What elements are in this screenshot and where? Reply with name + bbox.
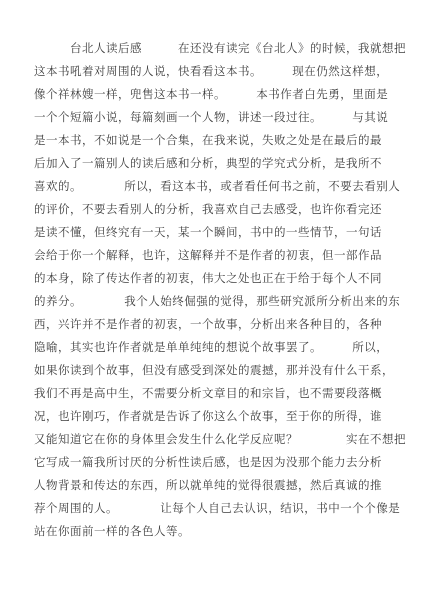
text-line: 像个祥林嫂一样，兜售这本书一样。 本书作者白先勇，里面是 xyxy=(34,84,394,107)
text-line: 况，也许刚巧，作者就是告诉了你这么个故事，至于你的所得，谁 xyxy=(34,406,394,429)
text-line: 的养分。 我个人始终倔强的觉得，那些研究派所分析出来的东 xyxy=(34,291,394,314)
text-line: 又能知道它在你的身体里会发生什么化学反应呢？ 实在不想把 xyxy=(34,429,394,452)
text-line: 荐个周围的人。 让每个人自己去认识，结识，书中一个个像是 xyxy=(34,498,394,521)
text-line: 后加入了一篇别人的读后感和分析，典型的学究式分析，是我所不 xyxy=(34,153,394,176)
text-line: 是一本书，不如说是一个合集，在我来说，失败之处是在最后的最 xyxy=(34,130,394,153)
essay-text-block: 台北人读后感 在还没有读完《台北人》的时候，我就想把这本书吼着对周围的人说，快看… xyxy=(34,38,394,544)
text-line: 隐喻，其实也许作者就是单单纯纯的想说个故事罢了。 所以， xyxy=(34,337,394,360)
text-line: 的评价，不要去看别人的分析，我喜欢自己去感受，也许你看完还 xyxy=(34,199,394,222)
text-line: 的本身，除了传达作者的初衷，伟大之处也正在于给于每个人不同 xyxy=(34,268,394,291)
text-line: 我们不再是高中生，不需要分析文章目的和宗旨，也不需要段落概 xyxy=(34,383,394,406)
text-line: 它写成一篇我所讨厌的分析性读后感，也是因为没那个能力去分析 xyxy=(34,452,394,475)
text-line: 台北人读后感 在还没有读完《台北人》的时候，我就想把 xyxy=(34,38,394,61)
text-line: 如果你读到个故事，但没有感受到深处的震撼，那并没有什么干系， xyxy=(34,360,394,383)
text-line: 是读不懂，但终究有一天，某一个瞬间，书中的一些情节，一句话 xyxy=(34,222,394,245)
text-line: 会给于你一个解释，也许，这解释并不是作者的初衷，但一部作品 xyxy=(34,245,394,268)
text-line: 喜欢的。 所以，看这本书，或者看任何书之前，不要去看别人 xyxy=(34,176,394,199)
text-line: 人物背景和传达的东西，所以就单纯的觉得很震撼，然后真诚的推 xyxy=(34,475,394,498)
text-line: 一个个短篇小说，每篇刻画一个人物，讲述一段过往。 与其说 xyxy=(34,107,394,130)
text-line: 站在你面前一样的各色人等。 xyxy=(34,521,394,544)
text-line: 这本书吼着对周围的人说，快看看这本书。 现在仍然这样想， xyxy=(34,61,394,84)
document-page: 台北人读后感 在还没有读完《台北人》的时候，我就想把这本书吼着对周围的人说，快看… xyxy=(0,0,424,600)
text-line: 西，兴许并不是作者的初衷，一个故事，分析出来各种目的，各种 xyxy=(34,314,394,337)
